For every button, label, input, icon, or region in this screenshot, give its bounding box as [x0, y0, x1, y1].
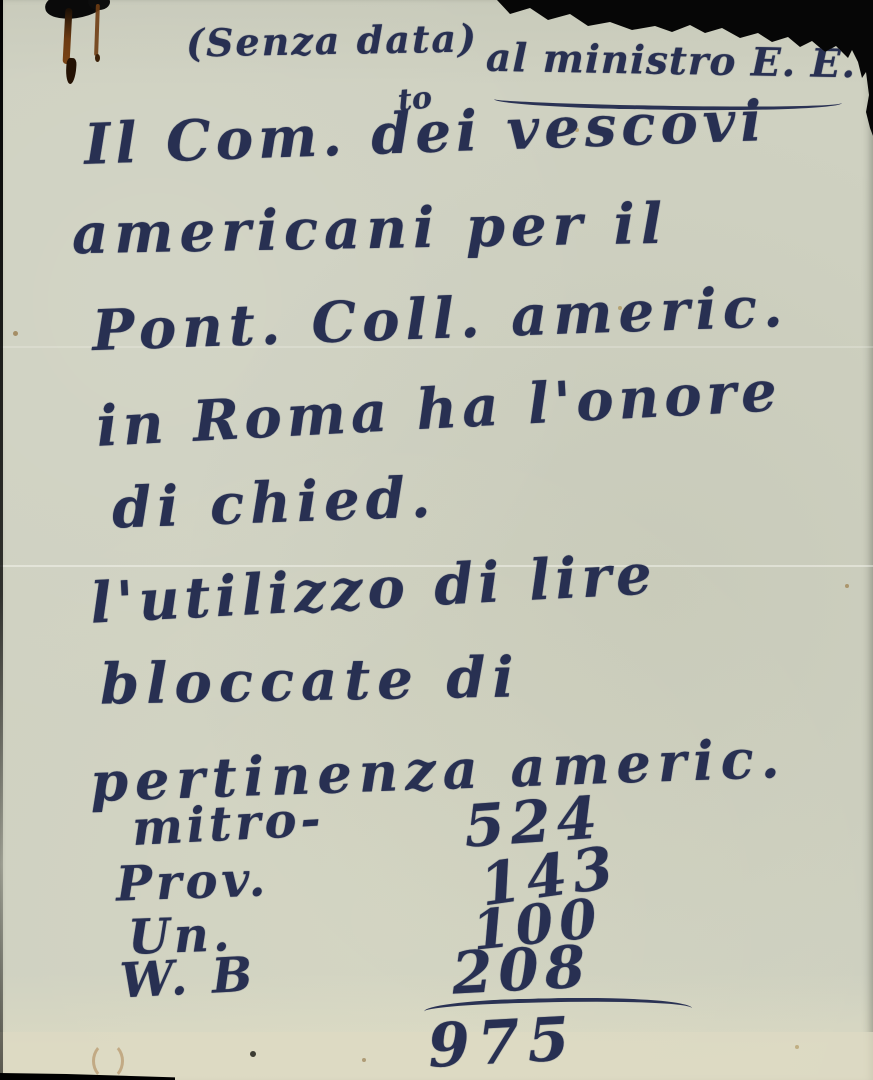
handwritten-line: americani per il [71, 191, 668, 267]
figures-total: 975 [426, 1004, 579, 1080]
rust-ring-stain [92, 1042, 124, 1080]
rust-drip-tip [65, 58, 77, 85]
stain-speck [845, 584, 849, 588]
figure-row-label: W. B [119, 946, 258, 1009]
stain-speck [795, 1045, 799, 1049]
scanned-document: (Senza data) to al ministro E. E. Il Com… [0, 0, 873, 1080]
addressee-line: al ministro E. E. [486, 35, 857, 87]
handwritten-line: Il Com. dei vescovi [83, 88, 768, 178]
figure-row-label: Prov. [115, 851, 270, 912]
handwritten-line: di chied. [111, 464, 437, 541]
rust-drip [63, 8, 73, 64]
annotation-no-date: (Senza data) [186, 15, 479, 65]
scan-edge-left [0, 0, 3, 1080]
figure-row-value: 208 [450, 932, 592, 1007]
rust-drip [94, 4, 100, 56]
handwritten-line: Pont. Coll. americ. [91, 274, 789, 364]
stain-speck [362, 1058, 366, 1062]
figure-row-label: mitro- [131, 791, 326, 857]
handwritten-line: bloccate di [99, 644, 521, 717]
stain-speck [13, 331, 18, 336]
stain-speck [250, 1051, 256, 1057]
handwritten-line: in Roma ha l'onore [95, 358, 783, 460]
handwritten-line: l'utilizzo di lire [89, 541, 659, 637]
rust-drip-tip [95, 54, 100, 62]
paper-sheet-torn-edge: (Senza data) to al ministro E. E. Il Com… [0, 0, 873, 1080]
